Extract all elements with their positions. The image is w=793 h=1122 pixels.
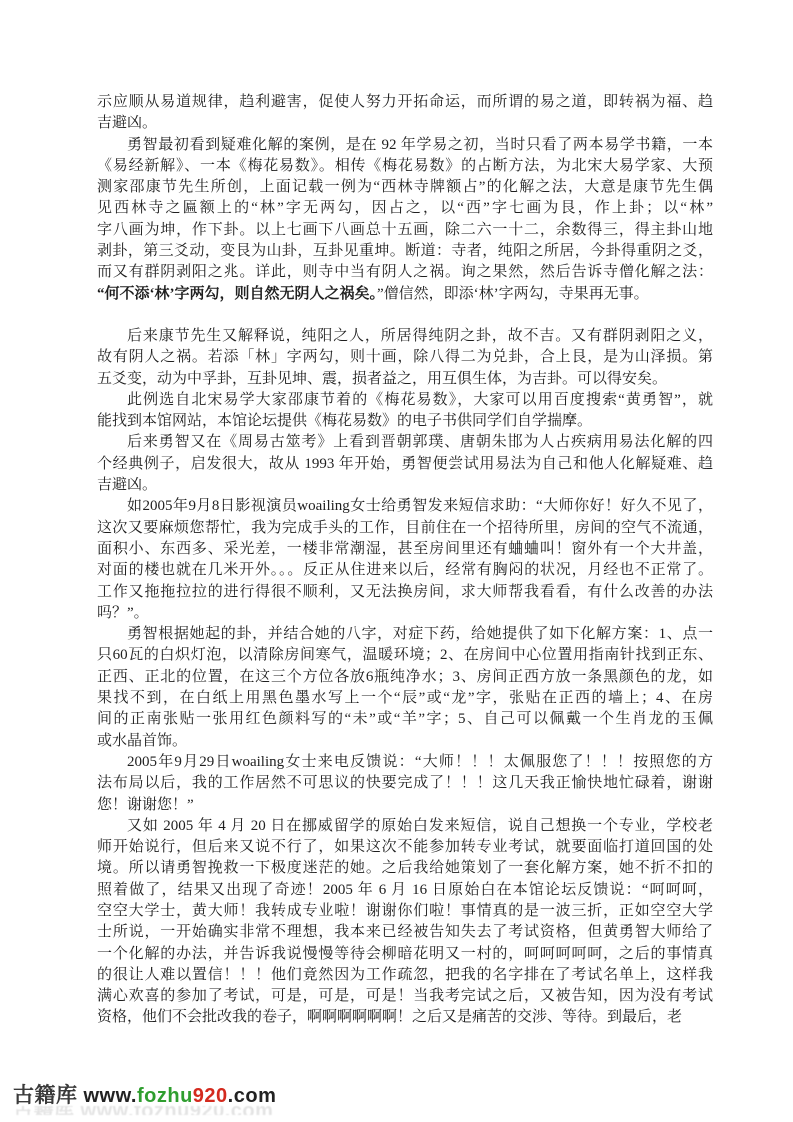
watermark-site-name: 古籍库	[13, 1084, 78, 1107]
paragraph: 勇智根据她起的卦，并结合她的八字，对症下药，给她提供了如下化解方案：1、点一只6…	[97, 624, 713, 752]
watermark-url-www: www.	[84, 1085, 137, 1107]
text-line: 果找不到，在白纸上用黑色墨水写上一个“辰”或“龙”字，张贴在正西的墙上；4、在房	[97, 688, 713, 709]
text-line: 勇智根据她起的卦，并结合她的八字，对症下药，给她提供了如下化解方案：1、点一	[97, 624, 713, 645]
watermark-reflection: 古籍库 www.fozhu920.com	[13, 1106, 273, 1115]
text-line: 后来康节先生又解释说，纯阳之人，所居得纯阴之卦，故不吉。又有群阴剥阳之义，	[97, 326, 713, 347]
text-line: 又如 2005 年 4 月 20 日在挪威留学的原始白发来短信，说自己想换一个专…	[97, 816, 713, 837]
text-line: 勇智最初看到疑难化解的案例，是在 92 年学易之初，当时只看了两本易学书籍，一本	[97, 135, 713, 156]
text-line: 一个化解的办法，并告诉我说慢慢等待会柳暗花明又一村的，呵呵呵呵呵，之后的事情真	[97, 944, 713, 965]
text-line: 而又有群阴剥阳之兆。详此，则寺中当有阴人之祸。询之果然，然后告诉寺僧化解之法：	[97, 262, 713, 283]
watermark-url-red: 920	[193, 1085, 228, 1107]
watermark: 古籍库www.fozhu920.com	[13, 1084, 276, 1108]
text-segment: ”僧信然，即添‘林’字两勾，寺果再无事。	[377, 286, 649, 302]
watermark-url-green: fozhu	[137, 1085, 193, 1107]
text-line: 空空大学士，黄大师！我转成专业啦！谢谢你们啦！事情真的是一波三折，正如空空大学	[97, 901, 713, 922]
text-line: 吉避凶。	[97, 475, 713, 496]
paragraph: 勇智最初看到疑难化解的案例，是在 92 年学易之初，当时只看了两本易学书籍，一本…	[97, 135, 713, 305]
text-line: 字八画为坤，作下卦。以上七画下八画总十五画，除二六一十二，余数得三，得主卦山地	[97, 220, 713, 241]
text-line: 或水晶首饰。	[97, 731, 713, 752]
paragraph: 后来勇智又在《周易古筮考》上看到晋朝郭璞、唐朝朱邯为人占疾病用易法化解的四个经典…	[97, 432, 713, 496]
text-line: 照着做了，结果又出现了奇迹！2005 年 6 月 16 日原始白在本馆论坛反馈说…	[97, 880, 713, 901]
text-line: 故有阴人之祸。若添「林」字两勾，则十画，除八得二为兑卦，合上艮，是为山泽损。第	[97, 347, 713, 368]
text-line: 面积小、东西多、采光差，一楼非常潮湿，甚至房间里还有蛐蛐叫！窗外有一个大井盖，	[97, 539, 713, 560]
text-line: 的很让人难以置信！！！他们竟然因为工作疏忽，把我的名字排在了考试名单上，这样我	[97, 965, 713, 986]
bold-text-segment: “何不添‘林’字两勾，则自然无阴人之祸矣。	[97, 286, 377, 302]
text-line: 士所说，一开始确实非常不理想，我本来已经被告知失去了考试资格，但黄勇智大师给了	[97, 922, 713, 943]
text-line: 这次又要麻烦您帮忙，我为完成手头的工作，目前住在一个招待所里，房间的空气不流通，	[97, 518, 713, 539]
text-line: 境。所以请勇智挽救一下极度迷茫的她。之后我给她策划了一套化解方案，她不折不扣的	[97, 858, 713, 879]
text-line: 正西、正北的位置，在这三个方位各放6瓶纯净水；3、房间正西方放一条黑颜色的龙，如	[97, 667, 713, 688]
paragraph: 示应顺从易道规律，趋利避害，促使人努力开拓命运，而所谓的易之道，即转祸为福、趋吉…	[97, 92, 713, 135]
text-line: 《易经新解》、一本《梅花易数》。相传《梅花易数》的占断方法，为北宋大易学家、大预	[97, 156, 713, 177]
text-line: 如2005年9月8日影视演员woailing女士给勇智发来短信求助：“大师你好！…	[97, 496, 713, 517]
paragraph: 此例选自北宋易学大家邵康节着的《梅花易数》，大家可以用百度搜索“黄勇智”，就能找…	[97, 390, 713, 433]
paragraph: 如2005年9月8日影视演员woailing女士给勇智发来短信求助：“大师你好！…	[97, 496, 713, 624]
text-line: 此例选自北宋易学大家邵康节着的《梅花易数》，大家可以用百度搜索“黄勇智”，就	[97, 390, 713, 411]
text-line: 间的正南张贴一张用红色颜料写的“未”或“羊”字；5、自己可以佩戴一个生肖龙的玉佩	[97, 709, 713, 730]
text-line: 2005年9月29日woailing女士来电反馈说：“大师！！！太佩服您了！！！…	[97, 752, 713, 773]
text-line: 对面的楼也就在几米开外。。。反正从住进来以后，经常有胸闷的状况，月经也不正常了。	[97, 560, 713, 581]
text-line: 后来勇智又在《周易古筮考》上看到晋朝郭璞、唐朝朱邯为人占疾病用易法化解的四	[97, 432, 713, 453]
text-line: 只60瓦的白炽灯泡，以清除房间寒气，温暖环境；2、在房间中心位置用指南针找到正东…	[97, 645, 713, 666]
text-line: 能找到本馆网站，本馆论坛提供《梅花易数》的电子书供同学们自学揣摩。	[97, 411, 713, 432]
paragraph: 又如 2005 年 4 月 20 日在挪威留学的原始白发来短信，说自己想换一个专…	[97, 816, 713, 1029]
text-line: 师开始说行，但后来又说不行了，如果这次不能参加转专业考试，就要面临打道回国的处	[97, 837, 713, 858]
watermark-url-suffix: .com	[228, 1085, 277, 1107]
text-line: 五爻变，动为中孚卦，互卦见坤、震，损者益之，用互俱生体，为吉卦。可以得安矣。	[97, 369, 713, 390]
paragraph: 2005年9月29日woailing女士来电反馈说：“大师！！！太佩服您了！！！…	[97, 752, 713, 816]
text-line: 工作又拖拖拉拉的进行得很不顺利，又无法换房间，求大师帮我看看，有什么改善的办法	[97, 582, 713, 603]
scanned-document-page: { "page": { "width": 793, "height": 1122…	[0, 0, 793, 1122]
paragraph: 后来康节先生又解释说，纯阳之人，所居得纯阴之卦，故不吉。又有群阴剥阳之义，故有阴…	[97, 326, 713, 390]
text-line: 满心欢喜的参加了考试，可是，可是，可是！当我考完试之后，又被告知，因为没有考试	[97, 986, 713, 1007]
text-line: 个经典例子，启发很大，故从 1993 年开始，勇智便尝试用易法为自己和他人化解疑…	[97, 454, 713, 475]
text-line: 法布局以后，我的工作居然不可思议的快要完成了！！！这几天我正愉快地忙碌着，谢谢	[97, 773, 713, 794]
text-line: 吗？”。	[97, 603, 713, 624]
text-line: 吉避凶。	[97, 113, 713, 134]
text-line: 剥卦，第三爻动，变艮为山卦，互卦见重坤。断道：寺者，纯阳之所居，今卦得重阴之爻，	[97, 241, 713, 262]
text-line: 见西林寺之匾额上的“林”字无两勾，因占之，以“西”字七画为艮，作上卦；以“林”	[97, 198, 713, 219]
text-line: 测家邵康节先生所创，上面记载一例为“西林寺牌额占”的化解之法，大意是康节先生偶	[97, 177, 713, 198]
document-body: 示应顺从易道规律，趋利避害，促使人努力开拓命运，而所谓的易之道，即转祸为福、趋吉…	[97, 92, 713, 1029]
text-line: 您！谢谢您！”	[97, 795, 713, 816]
text-line: “何不添‘林’字两勾，则自然无阴人之祸矣。”僧信然，即添‘林’字两勾，寺果再无事…	[97, 284, 713, 305]
text-line: 资格，他们不会批改我的卷子，啊啊啊啊啊啊！之后又是痛苦的交涉、等待。到最后，老	[97, 1007, 713, 1028]
text-line: 示应顺从易道规律，趋利避害，促使人努力开拓命运，而所谓的易之道，即转祸为福、趋	[97, 92, 713, 113]
